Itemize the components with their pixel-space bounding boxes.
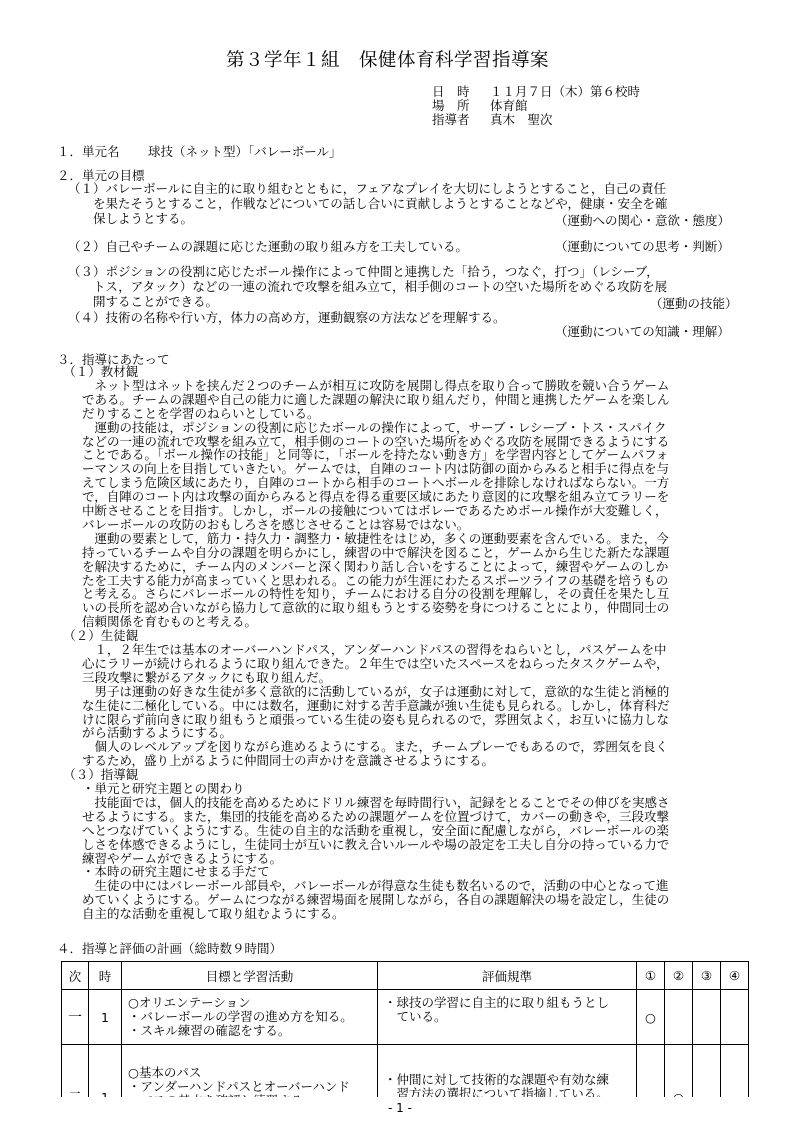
section3-line: バレーボールの攻防のおもしろさを感じさせることは容易ではない。 [57, 517, 469, 532]
section3-line: たを工夫する能力が高まっていくと思われる。この能力が生涯にわたるスポーツライフの… [57, 573, 668, 588]
cell-activity: ○オリエンテーション ・バレーボールの学習の進め方を知る。 ・スキル練習の確認を… [122, 990, 378, 1045]
section3-line: 三段攻撃に繋がるアタックにも取り組んだ。 [57, 670, 331, 685]
col-header-3: ③ [693, 962, 721, 990]
section3-line: 中断させることを目指す。しかし，ボールの接触についてはボレーであるためボール操作… [57, 503, 668, 518]
activity-line: ・スキル練習の確認をする。 [128, 1024, 371, 1038]
goal-3-viewpoint: （運動の技能） [650, 294, 738, 312]
section3-line: しさを体感できるようにし，生徒同士が互いに教え合いルールや場の設定を工夫し自分の… [57, 837, 669, 852]
section3-line: などの一連の流れで攻撃を組み立て，相手側のコートの空いた場所をめぐる攻防を展開で… [57, 434, 669, 449]
section3-line: 練習やゲームができるようにする。 [57, 851, 282, 866]
goal-1-line: を果たそうとすること，作戦などについての話し合いに貢献しようとすることなどや，健… [68, 196, 668, 211]
section3-line: な生徒に二極化している。中には数名，運動に対する苦手意識が強い生徒も見られる。し… [57, 698, 670, 713]
col-header-criteria: 評価規準 [378, 962, 637, 990]
section3-line: ・単元と研究主題との関わり [57, 781, 245, 796]
activity-line: ○オリエンテーション [128, 996, 371, 1010]
section3-line: で，自陣のコート内は攻撃の面からみると得点を得る重要区域にあたり意図的に攻撃を組… [57, 489, 669, 504]
cell-mark-1: ○ [637, 990, 665, 1045]
section3-line: 信頼関係を育むものと考える。 [57, 614, 257, 629]
section3-line: 運動の要素として，筋力・持久力・調整力・敏捷性をはじめ，多くの運動要素を含んでい… [57, 531, 669, 546]
goal-1-line: （１）バレーボールに自主的に取り組むとともに，フェアなプレイを大切にしようとする… [68, 181, 668, 196]
section3-line: を解決するために，チーム内のメンバーと深く関わり話し合いをすることによって，練習… [57, 559, 668, 574]
activity-line: ・アンダーハンドパスとオーバーハンド [128, 1080, 371, 1094]
col-header-1: ① [637, 962, 665, 990]
meta-place-label: 場 所 [432, 98, 490, 113]
section3-line: ーマンスの向上を目指していきたい。ゲームでは，自陣のコート内は防御の面からみると… [57, 461, 669, 476]
section3-line: がら活動するようにする。 [57, 725, 232, 740]
section3-line: するため，盛り上がるように仲間同士の声かけを意識させるようにする。 [57, 753, 494, 768]
section3-body: （１）教材観 ネット型はネットを挟んだ２つのチームが相互に攻防を展開し得点を取り… [57, 364, 757, 934]
section1-heading: １．単元名 [57, 142, 120, 160]
col-header-4: ④ [721, 962, 749, 990]
meta-date-label: 日 時 [432, 84, 490, 99]
section3-line: 個人のレベルアップを図りながら進めるようにする。また，チームプレーでもあるので，… [57, 739, 668, 754]
col-header-tsugi: 次 [62, 962, 89, 990]
cell-mark-4 [721, 990, 749, 1045]
section3-line: けに限らず前向きに取り組もうと頑張っている生徒の姿も見られるので，雰囲気よく，お… [57, 712, 669, 727]
section3-line: 心にラリーが続けられるように取り組んできた。２年生では空いたスペースをねらったタ… [57, 656, 669, 671]
goal-1-viewpoint: （運動への関心・意欲・態度） [555, 211, 730, 229]
section3-line: である。チームの課題や自己の能力に適した課題の解決に取り組んだり，仲間と連携した… [57, 392, 670, 407]
table-row: 一 1 ○オリエンテーション ・バレーボールの学習の進め方を知る。 ・スキル練習… [62, 990, 749, 1045]
section3-line: ネット型はネットを挟んだ２つのチームが相互に攻防を展開し得点を取り合って勝敗を競… [57, 378, 670, 393]
section3-line: 運動の技能は，ポジションの役割に応じたボールの操作によって，サーブ・レシーブ・ト… [57, 420, 667, 435]
meta-place-value: 体育館 [490, 98, 528, 113]
section3-line: 自主的な活動を重視して取り組むようにする。 [57, 906, 345, 921]
section3-line: だりすることを学習のねらいとしている。 [57, 406, 320, 421]
activity-line: ○基本のパス [128, 1066, 371, 1080]
cell-tsugi: 一 [62, 990, 89, 1045]
unit-name: 球技（ネット型）「バレーボール」 [148, 142, 342, 160]
section3-line: 生徒の中にはバレーボール部員や，バレーボールが得意な生徒も数名いるので，活動の中… [57, 878, 669, 893]
section3-line: （２）生徒観 [57, 628, 138, 643]
cell-mark-3 [693, 990, 721, 1045]
col-header-activity: 目標と学習活動 [122, 962, 378, 990]
criteria-line: ・球技の学習に自主的に取り組もうとし [384, 996, 630, 1010]
meta-date-value: １１月７日（木）第６校時 [490, 84, 640, 99]
goal-4: （４）技術の名称や行い方，体力の高め方，運動観察の方法などを理解する。 [68, 308, 506, 326]
goal-4-viewpoint: （運動についての知識・理解） [555, 322, 730, 340]
cell-criteria: ・球技の学習に自主的に取り組もうとし ている。 [378, 990, 637, 1045]
section4-heading: ４．指導と評価の計画（総時数９時間） [57, 939, 282, 957]
cell-mark-2 [665, 990, 693, 1045]
goal-2: （２）自己やチームの課題に応じた運動の取り組み方を工夫している。 [68, 237, 468, 255]
goal-3-line: （３）ポジションの役割に応じたボール操作によって仲間と連携した「拾う，つなぐ，打… [68, 264, 667, 279]
page-number: - 1 - [388, 1101, 412, 1115]
goal-3-line: トス，アタック）などの一連の流れで攻撃を組み立て，相手側のコートの空いた場所をめ… [68, 279, 667, 294]
section3-line: ・本時の研究主題にせまる手だて [57, 864, 270, 879]
meta-place: 場 所体育館 [432, 98, 528, 113]
table-header-row: 次 時 目標と学習活動 評価規準 ① ② ③ ④ [62, 962, 749, 990]
section3-line: いの長所を認め合いながら協力して意欲的に取り組もうとする姿勢を身につけることによ… [57, 600, 669, 615]
col-header-ji: 時 [89, 962, 122, 990]
section3-line: （３）指導観 [57, 767, 138, 782]
criteria-line: ・仲間に対して技術的な課題や有効な練 [384, 1073, 630, 1087]
section3-line: １，２年生では基本のオーバーハンドパス，アンダーハンドパスの習得をねらいとし，パ… [57, 642, 667, 657]
goal-3-line: 開することができる。 [68, 294, 667, 309]
section3-line: 持っているチームや自分の課題を明らかにし，練習の中で解決を図ること，ゲームから生… [57, 545, 670, 560]
section3-line: へとつなげていくようにする。生徒の自主的な活動を重視し，安全面に配慮しながら，バ… [57, 823, 669, 838]
criteria-line: ている。 [384, 1010, 630, 1024]
goal-2-viewpoint: （運動についての思考・判断） [555, 237, 730, 255]
section3-line: （１）教材観 [57, 364, 138, 379]
section3-line: めていくようにする。ゲームにつながる練習場面を展開しながら，各自の課題解決の場を… [57, 892, 669, 907]
section3-line: えてしまう危険区域にあたり，自陣のコートから相手のコートへボールを排除しなければ… [57, 475, 669, 490]
meta-teacher-value: 真木 聖次 [490, 112, 553, 127]
section3-line: 技能面では，個人的技能を高めるためにドリル練習を毎時間行い，記録をとることでその… [57, 795, 670, 810]
meta-date: 日 時１１月７日（木）第６校時 [432, 84, 640, 99]
page-title: 第３学年１組 保健体育科学習指導案 [226, 46, 549, 72]
section3-line: ことである。「ボール操作の技能」と同等に，「ボールを持たない動き方」を学習内容と… [57, 447, 668, 462]
section3-line: 男子は運動の好きな生徒が多く意欲的に活動しているが，女子は運動に対して，意欲的な… [57, 684, 669, 699]
section3-line: せるようにする。また，集団的技能を高めるための課題ゲームを位置づけて，カバーの動… [57, 809, 669, 824]
meta-teacher: 指導者真木 聖次 [432, 112, 553, 127]
goal-3: （３）ポジションの役割に応じたボール操作によって仲間と連携した「拾う，つなぐ，打… [68, 264, 667, 309]
section3-line: と考える。さらにバレーボールの特性を知り，チームにおける自分の役割を理解し，その… [57, 586, 669, 601]
activity-line: ・バレーボールの学習の進め方を知る。 [128, 1010, 371, 1024]
meta-teacher-label: 指導者 [432, 112, 490, 127]
cell-ji: 1 [89, 990, 122, 1045]
col-header-2: ② [665, 962, 693, 990]
